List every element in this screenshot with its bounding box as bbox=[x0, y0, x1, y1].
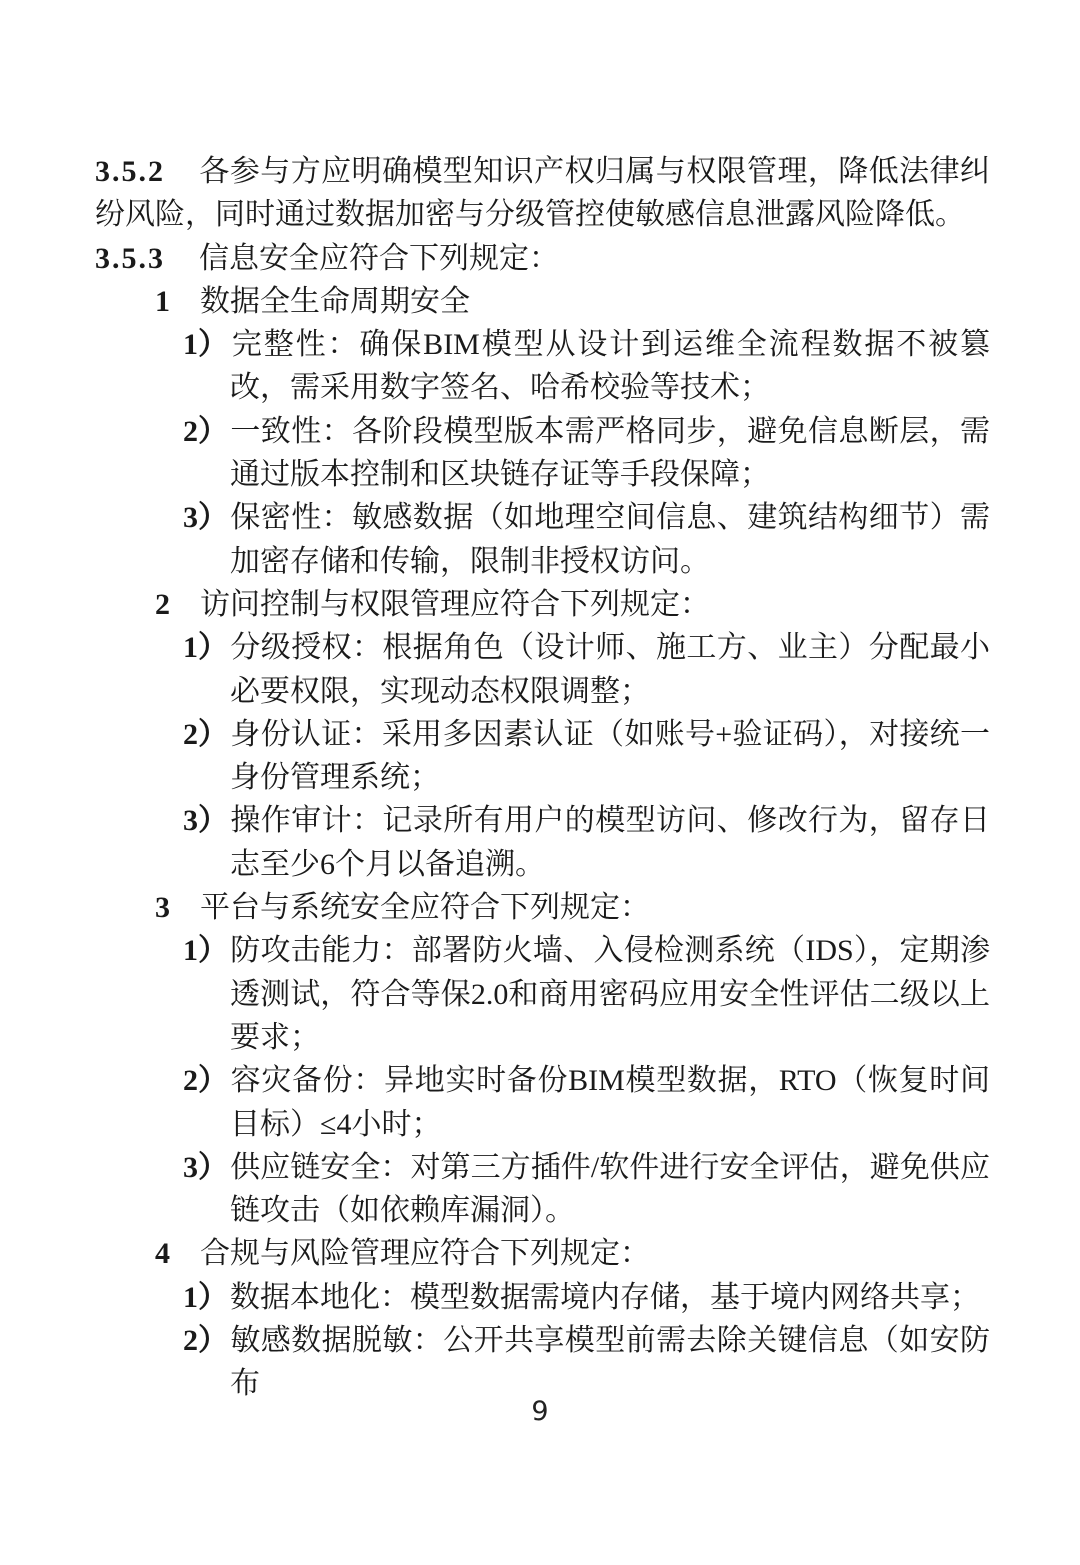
subitem-text: 一致性：各阶段模型版本需严格同步，避免信息断层，需通过版本控制和区块链存证等手段… bbox=[230, 415, 990, 491]
subitem-number-label: 1） bbox=[183, 323, 230, 366]
clause-3-5-2: 3.5.2各参与方应明确模型知识产权归属与权限管理，降低法律纠纷风险，同时通过数… bbox=[95, 150, 990, 237]
item-2: 2访问控制与权限管理应符合下列规定： bbox=[95, 583, 990, 626]
subitem-text: 防攻击能力：部署防火墙、入侵检测系统（IDS），定期渗透测试，符合等保2.0和商… bbox=[230, 934, 990, 1054]
subitem-number-label: 1） bbox=[183, 1276, 230, 1319]
subitem-text: 分级授权：根据角色（设计师、施工方、业主）分配最小必要权限，实现动态权限调整； bbox=[230, 631, 990, 707]
subitem-2: 2）容灾备份：异地实时备份BIM模型数据，RTO（恢复时间目标）≤4小时； bbox=[95, 1059, 990, 1146]
subitem-number-label: 2） bbox=[183, 1319, 230, 1362]
subitem-number-label: 2） bbox=[183, 410, 230, 453]
subitem-number-label: 3） bbox=[183, 496, 230, 539]
item-3: 3平台与系统安全应符合下列规定： bbox=[95, 886, 990, 929]
clause-3-5-3: 3.5.3信息安全应符合下列规定： bbox=[95, 237, 990, 280]
item-number-label: 1 bbox=[155, 285, 170, 318]
clause-text: 信息安全应符合下列规定： bbox=[199, 242, 559, 275]
item-text: 访问控制与权限管理应符合下列规定： bbox=[200, 588, 710, 621]
subitem-2: 2）身份认证：采用多因素认证（如账号+验证码），对接统一身份管理系统； bbox=[95, 713, 990, 800]
page-number: 9 bbox=[0, 1396, 1080, 1427]
subitem-number-label: 1） bbox=[183, 626, 230, 669]
subitem-1: 1）防攻击能力：部署防火墙、入侵检测系统（IDS），定期渗透测试，符合等保2.0… bbox=[95, 929, 990, 1059]
document-body: 3.5.2各参与方应明确模型知识产权归属与权限管理，降低法律纠纷风险，同时通过数… bbox=[95, 150, 990, 1406]
subitem-text: 供应链安全：对第三方插件/软件进行安全评估，避免供应链攻击（如依赖库漏洞）。 bbox=[230, 1151, 990, 1227]
subitem-number-label: 2） bbox=[183, 1059, 230, 1102]
clause-text: 各参与方应明确模型知识产权归属与权限管理，降低法律纠纷风险，同时通过数据加密与分… bbox=[95, 155, 990, 231]
item-number-label: 3 bbox=[155, 891, 170, 924]
subitem-text: 数据本地化：模型数据需境内存储，基于境内网络共享； bbox=[230, 1281, 980, 1314]
document-page: 3.5.2各参与方应明确模型知识产权归属与权限管理，降低法律纠纷风险，同时通过数… bbox=[0, 0, 1080, 1565]
subitem-number-label: 3） bbox=[183, 1146, 230, 1189]
subitem-1: 1）数据本地化：模型数据需境内存储，基于境内网络共享； bbox=[95, 1276, 990, 1319]
clause-number-label: 3.5.2 bbox=[95, 155, 165, 188]
subitem-text: 完整性：确保BIM模型从设计到运维全流程数据不被篡改，需采用数字签名、哈希校验等… bbox=[230, 328, 990, 404]
subitem-text: 操作审计：记录所有用户的模型访问、修改行为，留存日志至少6个月以备追溯。 bbox=[230, 804, 990, 880]
subitem-3: 3）保密性：敏感数据（如地理空间信息、建筑结构细节）需加密存储和传输，限制非授权… bbox=[95, 496, 990, 583]
clause-number-label: 3.5.3 bbox=[95, 242, 165, 275]
subitem-3: 3）供应链安全：对第三方插件/软件进行安全评估，避免供应链攻击（如依赖库漏洞）。 bbox=[95, 1146, 990, 1233]
subitem-number-label: 1） bbox=[183, 929, 230, 972]
subitem-number-label: 2） bbox=[183, 713, 230, 756]
subitem-text: 保密性：敏感数据（如地理空间信息、建筑结构细节）需加密存储和传输，限制非授权访问… bbox=[230, 501, 990, 577]
subitem-text: 敏感数据脱敏：公开共享模型前需去除关键信息（如安防布 bbox=[230, 1324, 990, 1400]
subitem-text: 身份认证：采用多因素认证（如账号+验证码），对接统一身份管理系统； bbox=[230, 718, 990, 794]
subitem-2: 2）一致性：各阶段模型版本需严格同步，避免信息断层，需通过版本控制和区块链存证等… bbox=[95, 410, 990, 497]
subitem-1: 1）完整性：确保BIM模型从设计到运维全流程数据不被篡改，需采用数字签名、哈希校… bbox=[95, 323, 990, 410]
item-1: 1数据全生命周期安全 bbox=[95, 280, 990, 323]
subitem-2: 2）敏感数据脱敏：公开共享模型前需去除关键信息（如安防布 bbox=[95, 1319, 990, 1406]
item-text: 数据全生命周期安全 bbox=[200, 285, 470, 318]
item-text: 平台与系统安全应符合下列规定： bbox=[200, 891, 650, 924]
subitem-3: 3）操作审计：记录所有用户的模型访问、修改行为，留存日志至少6个月以备追溯。 bbox=[95, 799, 990, 886]
subitem-text: 容灾备份：异地实时备份BIM模型数据，RTO（恢复时间目标）≤4小时； bbox=[230, 1064, 990, 1140]
item-text: 合规与风险管理应符合下列规定： bbox=[200, 1237, 650, 1270]
item-number-label: 4 bbox=[155, 1237, 170, 1270]
item-4: 4合规与风险管理应符合下列规定： bbox=[95, 1232, 990, 1275]
subitem-1: 1）分级授权：根据角色（设计师、施工方、业主）分配最小必要权限，实现动态权限调整… bbox=[95, 626, 990, 713]
subitem-number-label: 3） bbox=[183, 799, 230, 842]
item-number-label: 2 bbox=[155, 588, 170, 621]
